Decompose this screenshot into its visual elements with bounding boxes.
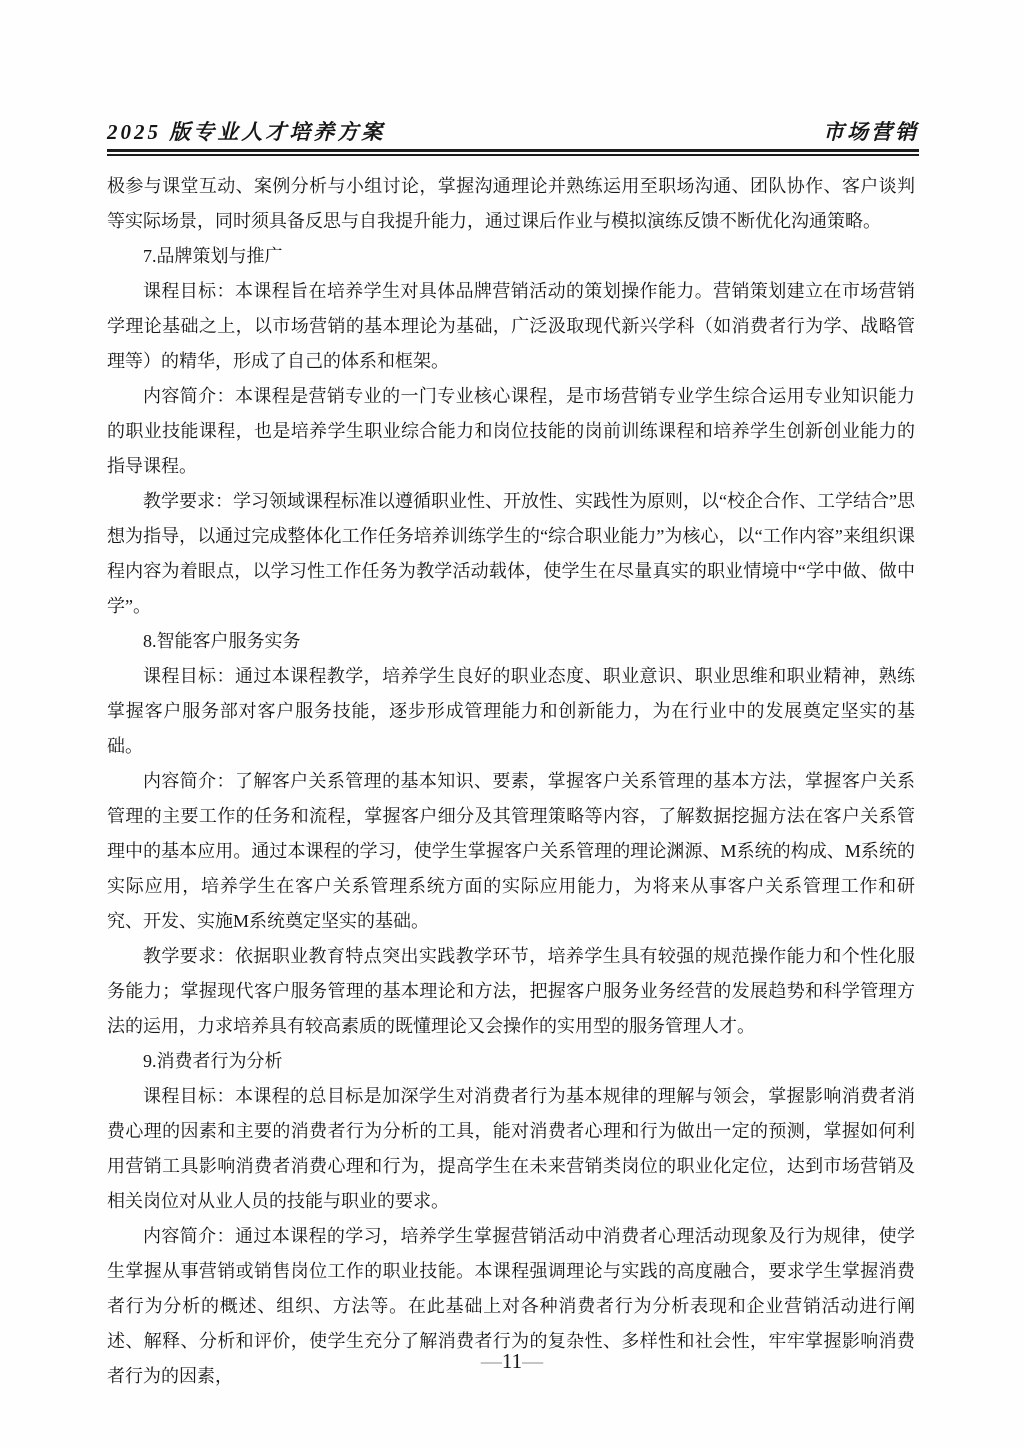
paragraph-continuation: 极参与课堂互动、案例分析与小组讨论，掌握沟通理论并熟练运用至职场沟通、团队协作、… — [107, 169, 915, 239]
header-right-title: 市场营销 — [823, 118, 919, 146]
page-header: 2025 版专业人才培养方案 市场营销 — [107, 118, 919, 156]
header-row: 2025 版专业人才培养方案 市场营销 — [107, 118, 919, 146]
page-footer: —11— — [0, 1346, 1024, 1376]
heading-course-7-brand-planning: 7.品牌策划与推广 — [107, 239, 915, 274]
footer-dash-right: — — [522, 1349, 543, 1373]
footer-dash-left: — — [481, 1349, 502, 1373]
paragraph-teaching-requirements-7: 教学要求：学习领域课程标准以遵循职业性、开放性、实践性为原则，以“校企合作、工学… — [107, 484, 915, 624]
document-page: 2025 版专业人才培养方案 市场营销 极参与课堂互动、案例分析与小组讨论，掌握… — [0, 0, 1024, 1448]
header-left-title: 2025 版专业人才培养方案 — [107, 118, 385, 146]
paragraph-teaching-requirements-8: 教学要求：依据职业教育特点突出实践教学环节，培养学生具有较强的规范操作能力和个性… — [107, 939, 915, 1044]
header-double-rule — [107, 149, 919, 156]
document-body: 极参与课堂互动、案例分析与小组讨论，掌握沟通理论并熟练运用至职场沟通、团队协作、… — [107, 169, 915, 1394]
paragraph-course-intro-8: 内容简介：了解客户关系管理的基本知识、要素，掌握客户关系管理的基本方法，掌握客户… — [107, 764, 915, 939]
heading-course-9-consumer-behavior: 9.消费者行为分析 — [107, 1044, 915, 1079]
paragraph-course-intro-7: 内容简介：本课程是营销专业的一门专业核心课程，是市场营销专业学生综合运用专业知识… — [107, 379, 915, 484]
paragraph-course-goal-8: 课程目标：通过本课程教学，培养学生良好的职业态度、职业意识、职业思维和职业精神，… — [107, 659, 915, 764]
page-number: 11 — [502, 1349, 522, 1373]
heading-course-8-smart-customer-service: 8.智能客户服务实务 — [107, 624, 915, 659]
paragraph-course-goal-7: 课程目标：本课程旨在培养学生对具体品牌营销活动的策划操作能力。营销策划建立在市场… — [107, 274, 915, 379]
paragraph-course-goal-9: 课程目标：本课程的总目标是加深学生对消费者行为基本规律的理解与领会，掌握影响消费… — [107, 1079, 915, 1219]
